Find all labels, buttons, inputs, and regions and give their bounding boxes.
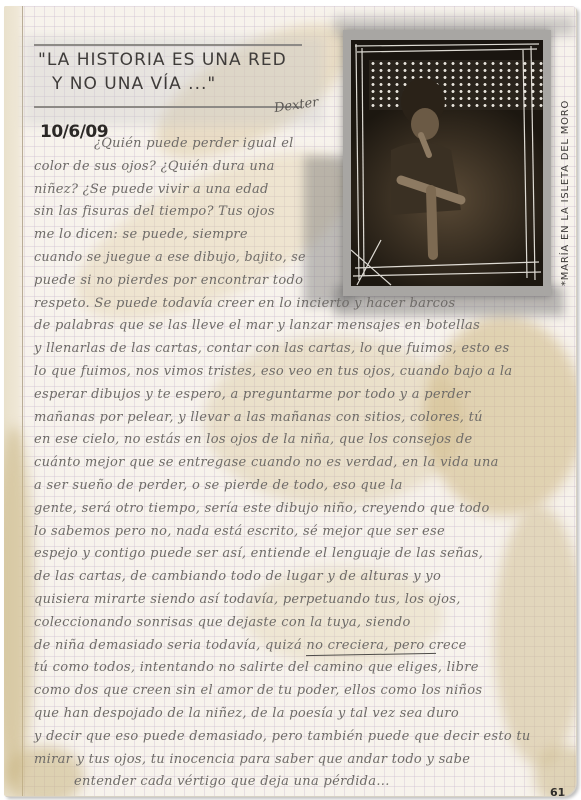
- journal-line: esperar dibujos y te espero, a preguntar…: [34, 387, 471, 402]
- journal-page: "LA HISTORIA ES UNA RED Y NO UNA VÍA ...…: [4, 6, 576, 796]
- coffee-stain: [4, 426, 34, 786]
- journal-line: lo sabemos pero no, nada está escrito, s…: [34, 524, 445, 539]
- journal-line: ¿Quién puede perder igual el: [94, 136, 294, 151]
- journal-line: puede si no pierdes por encontrar todo: [34, 273, 303, 288]
- journal-line: color de sus ojos? ¿Quién dura una: [34, 159, 275, 174]
- journal-line: mañanas por pelear, y llevar a las mañan…: [34, 410, 483, 425]
- quote-line-2: Y NO UNA VÍA ...": [52, 74, 216, 94]
- photo-figure: [351, 40, 543, 286]
- journal-line: me lo dicen: se puede, siempre: [34, 227, 248, 242]
- journal-line: gente, será otro tiempo, sería este dibu…: [34, 501, 490, 516]
- journal-line: y llenarlas de las cartas, contar con la…: [34, 341, 509, 356]
- journal-line: que han despojado de la niñez, de la poe…: [34, 706, 459, 721]
- photo: [351, 40, 543, 286]
- journal-line: de palabras que se las lleve el mar y la…: [34, 318, 480, 333]
- journal-line: lo que fuimos, nos vimos tristes, eso ve…: [34, 364, 512, 379]
- photo-caption: *MARÍA EN LA ISLETA DEL MORO: [560, 100, 571, 286]
- journal-line: mirar y tus ojos, tu inocencia para sabe…: [34, 752, 470, 767]
- coffee-stain: [494, 506, 576, 766]
- journal-line: coleccionando sonrisas que dejaste con l…: [34, 615, 411, 630]
- journal-line: cuando se juegue a ese dibujo, bajito, s…: [34, 250, 306, 265]
- journal-line: niñez? ¿Se puede vivir a una edad: [34, 182, 269, 197]
- journal-line: entender cada vértigo que deja una pérdi…: [74, 774, 390, 789]
- journal-line: tú como todos, intentando no salirte del…: [34, 660, 479, 675]
- journal-line: de niña demasiado seria todavía, quizá n…: [34, 638, 467, 653]
- journal-line: respeto. Se puede todavía creer en lo in…: [34, 296, 455, 311]
- journal-line: sin las fisuras del tiempo? Tus ojos: [34, 204, 275, 219]
- journal-line: de las cartas, de cambiando todo de luga…: [34, 569, 441, 584]
- photo-frame: [343, 30, 551, 296]
- quote-line-1: "LA HISTORIA ES UNA RED: [38, 50, 287, 70]
- journal-line: en ese cielo, no estás en los ojos de la…: [34, 432, 472, 447]
- journal-line: cuánto mejor que se entregase cuando no …: [34, 455, 499, 470]
- journal-line: quisiera mirarte siendo así todavía, per…: [34, 592, 461, 607]
- journal-line: como dos que creen sin el amor de tu pod…: [34, 683, 482, 698]
- journal-line: a ser sueño de perder, o se pierde de to…: [34, 478, 403, 493]
- page-number: 61: [550, 786, 565, 796]
- journal-line: y decir que eso puede demasiado, pero ta…: [34, 729, 531, 744]
- journal-line: espejo y contigo puede ser así, entiende…: [34, 546, 483, 561]
